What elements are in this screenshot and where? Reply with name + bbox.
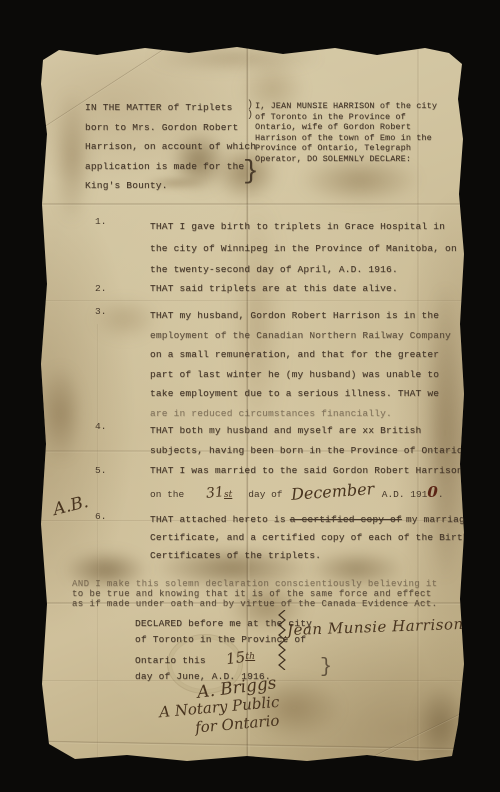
clause-number: 4. [95, 421, 106, 432]
paper-stain [417, 686, 465, 764]
clause-5-line1: THAT I was married to the said Gordon Ro… [150, 465, 463, 476]
clause-number: 6. [95, 511, 106, 522]
typed-line: as if made under oath and by virtue of t… [72, 599, 437, 609]
typed-line: Ontario, wife of Gordon Robert [255, 122, 437, 133]
document-paper: IN THE MATTER of Triplets born to Mrs. G… [37, 44, 465, 764]
typed-line: I, JEAN MUNSIE HARRISON of the city [255, 101, 437, 112]
clause-6: THAT attached hereto isa certified copy … [150, 511, 471, 565]
typed-line: the twenty-second day of April, A.D. 191… [150, 259, 457, 281]
handwritten-date-day: 15 [225, 649, 247, 668]
typed-line: of Toronto in the Province of [255, 112, 437, 123]
typed-line: born to Mrs. Gordon Robert [85, 118, 256, 138]
signature-brace-zigzag [277, 610, 287, 670]
typed-fragment: . [438, 489, 444, 500]
typed-line: Harrison of the town of Emo in the [255, 133, 437, 144]
matter-clause: IN THE MATTER of Triplets born to Mrs. G… [85, 98, 256, 196]
handwritten-day-ordinal: st [224, 490, 232, 500]
paper-stain [40, 366, 82, 461]
handwritten-year-digit: 0 [427, 483, 437, 501]
typed-line: Certificates of the triplets. [150, 547, 471, 565]
clause-1: THAT I gave birth to triplets in Grace H… [150, 216, 457, 281]
clause-4: THAT both my husband and myself are xx B… [150, 421, 469, 460]
typed-line: part of last winter he (my husband) was … [150, 365, 451, 385]
typed-line: IN THE MATTER of Triplets [85, 98, 256, 118]
clause-5-line2: on the 31st day of December A.D. 1910. [150, 482, 444, 501]
clause-number: 2. [95, 283, 106, 294]
typed-line: THAT I gave birth to triplets in Grace H… [150, 216, 457, 238]
typed-fragment: day of [248, 489, 282, 500]
typed-line: on a small remuneration, and that for th… [150, 345, 451, 365]
handwritten-day: 31 [205, 484, 224, 502]
photo-stage: IN THE MATTER of Triplets born to Mrs. G… [0, 0, 500, 792]
handwritten-month: December [290, 479, 374, 504]
handwritten-date-ordinal: th [245, 652, 255, 662]
typed-fragment: on the [150, 489, 184, 500]
typed-line: subjects, having been born in the Provin… [150, 441, 469, 461]
typed-line: THAT both my husband and myself are xx B… [150, 421, 469, 441]
header-brace-mid: ) [247, 110, 253, 121]
typed-fragment: Ontario this [135, 655, 206, 666]
typed-fragment: A.D. 191 [382, 489, 428, 500]
typed-line: THAT said triplets are at this date aliv… [150, 283, 398, 294]
typed-line: THAT attached hereto isa certified copy … [150, 511, 471, 529]
clause-2: THAT said triplets are at this date aliv… [150, 283, 398, 294]
typed-line: THAT I was married to the said Gordon Ro… [150, 465, 463, 476]
typed-line: application is made for the [85, 157, 256, 177]
oath-paragraph: AND I make this solemn declaration consc… [72, 579, 437, 609]
struck-text: a certified copy of [290, 514, 402, 525]
clause-number: 1. [95, 216, 106, 227]
declaration-brace: } [320, 656, 332, 679]
paper-stain [93, 298, 157, 340]
typed-line: THAT my husband, Gordon Robert Harrison … [150, 306, 451, 326]
typed-line: Certificate, and a certified copy of eac… [150, 529, 471, 547]
typed-line: employment of the Canadian Northern Rail… [150, 326, 451, 346]
declarant-clause: I, JEAN MUNSIE HARRISON of the city of T… [255, 101, 437, 165]
typed-line: the city of Winnipeg in the Province of … [150, 238, 457, 260]
clause-number: 3. [95, 306, 106, 317]
clause-number: 5. [95, 465, 106, 476]
typed-line: King's Bounty. [85, 176, 256, 196]
typed-fragment: THAT attached hereto is [150, 514, 286, 525]
paper-stain [150, 45, 320, 71]
typed-line: Harrison, on account of which [85, 137, 256, 157]
typed-fragment: my marriage [406, 514, 471, 525]
typed-line: take employment due to a serious illness… [150, 384, 451, 404]
typed-line: AND I make this solemn declaration consc… [72, 579, 437, 589]
typed-line: Operator, DO SOLEMNLY DECLARE: [255, 154, 437, 165]
typed-line: Province of Ontario, Telegraph [255, 143, 437, 154]
typed-line: to be true and knowing that it is of the… [72, 589, 437, 599]
clause-3: THAT my husband, Gordon Robert Harrison … [150, 306, 451, 424]
